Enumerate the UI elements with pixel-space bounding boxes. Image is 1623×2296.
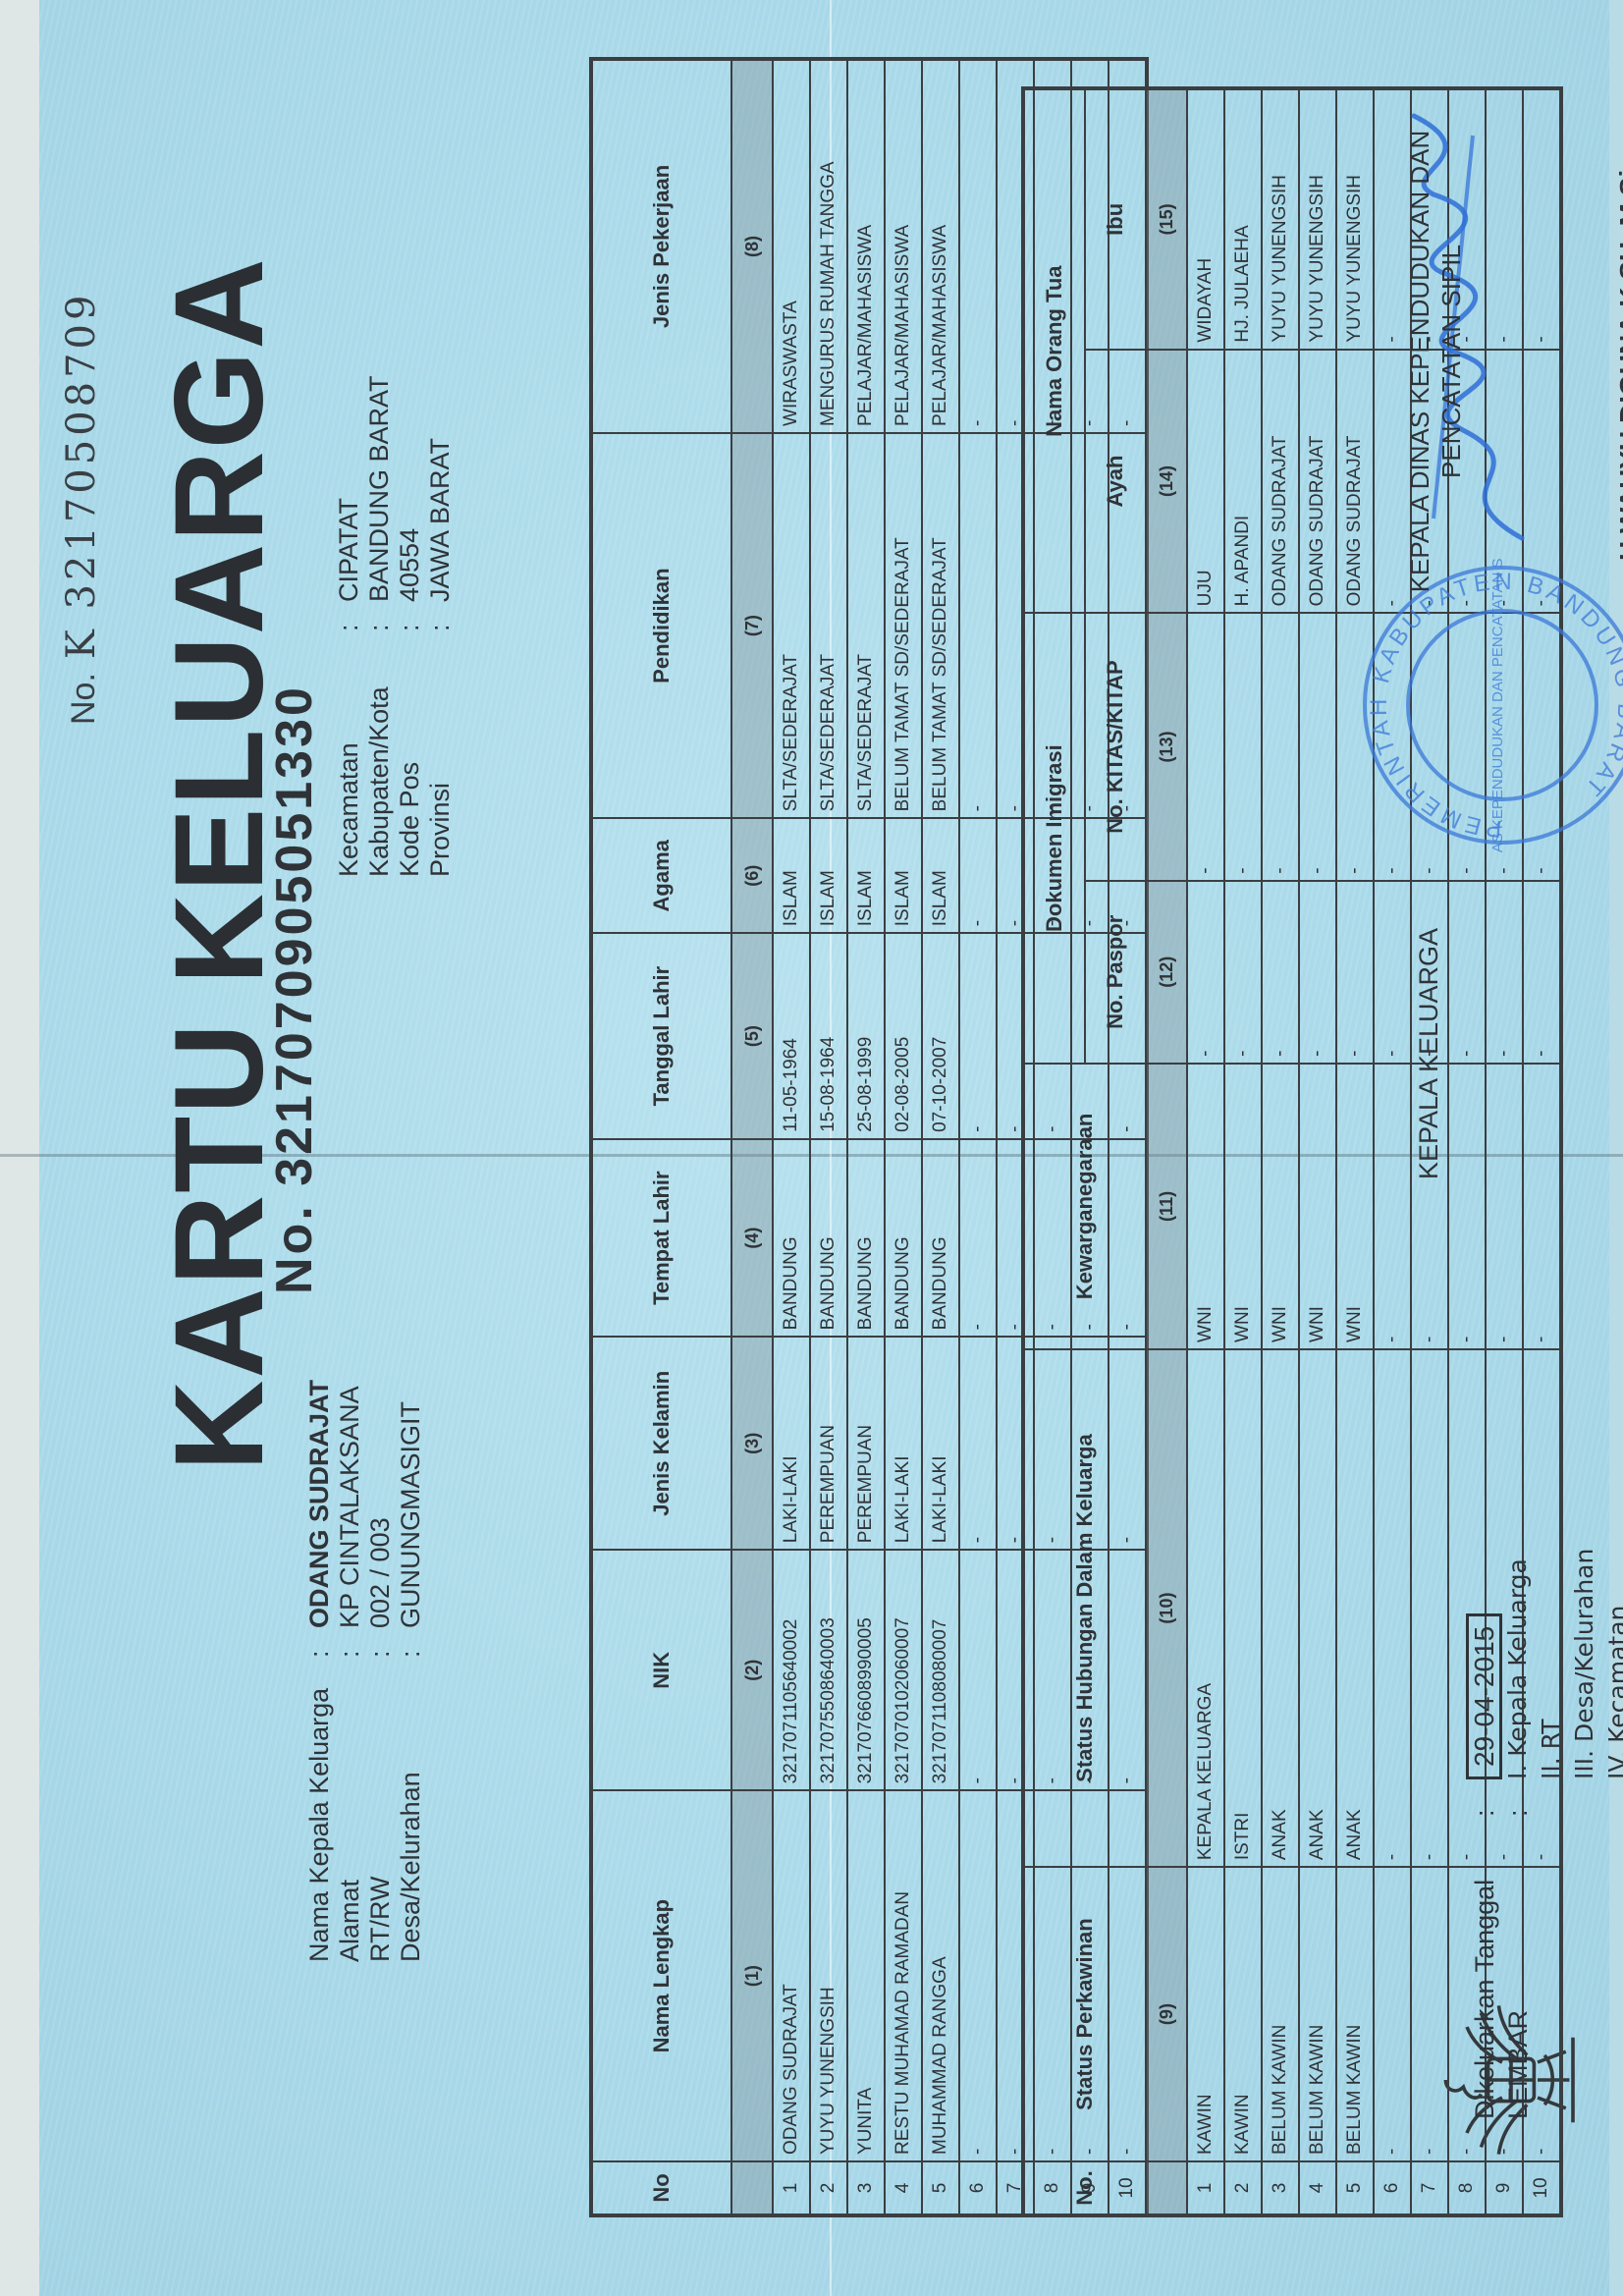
column-number	[731, 2161, 773, 2215]
member-row: 2YUYU YUNENGSIH3217075508640003PEREMPUAN…	[810, 59, 847, 2215]
cell: -	[1262, 613, 1299, 880]
info-row: Kode Pos:40554	[395, 375, 425, 877]
column-header: No	[591, 2161, 731, 2215]
info-row: Alamat:KP CINTALAKSANA	[335, 1380, 365, 1962]
cell: ODANG SUDRAJAT	[1299, 350, 1336, 614]
cell: 11-05-1964	[773, 933, 810, 1139]
info-label: Provinsi	[425, 631, 456, 877]
info-label: Nama Kepala Keluarga	[304, 1658, 335, 1962]
th-mother: Ibu	[1085, 88, 1146, 350]
row-number: 6	[1374, 2161, 1411, 2215]
column-header: Agama	[591, 818, 731, 933]
cell: BANDUNG	[885, 1139, 922, 1338]
column-number: (8)	[731, 59, 773, 433]
cell: ISLAM	[885, 818, 922, 933]
sheet-colon: :	[1501, 1779, 1623, 1817]
cell: -	[959, 1337, 997, 1550]
issued-label: Dikeluarkan Tanggal	[1468, 1817, 1501, 2119]
info-row: Nama Kepala Keluarga:ODANG SUDRAJAT	[304, 1380, 335, 1962]
cell: SLTA/SEDERAJAT	[847, 433, 885, 818]
cell: YUYU YUNENGSIH	[1336, 88, 1374, 350]
column-number	[1146, 2161, 1187, 2215]
cell: 02-08-2005	[885, 933, 922, 1139]
cell: 3217071105640002	[773, 1550, 810, 1790]
cell: -	[1187, 881, 1224, 1064]
cell: HJ. JULAEHA	[1224, 88, 1262, 350]
column-number: (14)	[1146, 350, 1187, 614]
cell: LAKI-LAKI	[773, 1337, 810, 1550]
status-row: 5BELUM KAWINANAKWNI--ODANG SUDRAJATYUYU …	[1336, 88, 1374, 2215]
column-header: Nama Lengkap	[591, 1790, 731, 2161]
cell: -	[1336, 881, 1374, 1064]
cell: ISLAM	[773, 818, 810, 933]
info-colon: :	[395, 602, 425, 631]
cell: BELUM TAMAT SD/SEDERAJAT	[885, 433, 922, 818]
cell: BELUM KAWIN	[1336, 1867, 1374, 2161]
cell: BANDUNG	[847, 1139, 885, 1338]
cell: -	[1374, 1064, 1411, 1349]
household-head-signature: KEPALA KELUARGA ODANG SUDRAJAT Tanda Tan…	[1414, 833, 1623, 1275]
official-name: H.WAHYU DIGUNA.K.SH.,M.Si.	[1614, 77, 1623, 646]
row-number: 4	[1299, 2161, 1336, 2215]
column-number: (6)	[731, 818, 773, 933]
cell: -	[1374, 1349, 1411, 1867]
info-row: RT/RW:002 / 003	[365, 1380, 396, 1962]
member-row: 6--------	[959, 59, 997, 2215]
cell: -	[1374, 881, 1411, 1064]
row-number: 2	[1224, 2161, 1262, 2215]
th-no: No.	[1023, 2161, 1146, 2215]
info-value: 40554	[395, 375, 425, 602]
row-number: 10	[1523, 2161, 1561, 2215]
status-row: 3BELUM KAWINANAKWNI--ODANG SUDRAJATYUYU …	[1262, 88, 1299, 2215]
serial-label: No.	[65, 673, 102, 725]
official-role-line2: PENCATATAN SIPIL	[1435, 77, 1467, 646]
status-row: 2KAWINISTRIWNI--H. APANDIHJ. JULAEHA	[1224, 88, 1262, 2215]
cell: -	[1411, 1349, 1448, 1867]
info-colon: :	[304, 1628, 335, 1658]
cell: -	[959, 933, 997, 1139]
column-header: NIK	[591, 1550, 731, 1790]
column-number: (3)	[731, 1337, 773, 1550]
cell: 3217075508640003	[810, 1550, 847, 1790]
issue-info: Dikeluarkan Tanggal : 29-04-2015 LEMBAR …	[1468, 1541, 1623, 2119]
status-row: 1KAWINKEPALA KELUARGAWNI--UJUWIDAYAH	[1187, 88, 1224, 2215]
cell: KEPALA KELUARGA	[1187, 1349, 1224, 1867]
cell: BELUM TAMAT SD/SEDERAJAT	[922, 433, 959, 818]
info-value: BANDUNG BARAT	[364, 375, 395, 602]
cell: WIRASWASTA	[773, 59, 810, 433]
cell: ANAK	[1262, 1349, 1299, 1867]
cell: 07-10-2007	[922, 933, 959, 1139]
cell: BANDUNG	[922, 1139, 959, 1338]
cell: -	[1411, 1867, 1448, 2161]
column-number: (10)	[1146, 1349, 1187, 1867]
info-value: JAWA BARAT	[425, 375, 456, 602]
cell: ODANG SUDRAJAT	[1262, 350, 1299, 614]
cell: -	[1224, 613, 1262, 880]
cell: PEREMPUAN	[847, 1337, 885, 1550]
cell: 25-08-1999	[847, 933, 885, 1139]
th-father: Ayah	[1085, 350, 1146, 614]
cell: KAWIN	[1224, 1867, 1262, 2161]
serial-value: K 32170508709	[59, 292, 104, 660]
info-value: ODANG SUDRAJAT	[304, 1380, 335, 1628]
cell: WNI	[1299, 1064, 1336, 1349]
info-colon: :	[365, 1628, 396, 1658]
cell: ODANG SUDRAJAT	[773, 1790, 810, 2161]
info-colon: :	[364, 602, 395, 631]
sheet-item: IV. Kecamatan	[1601, 1549, 1623, 1779]
member-row: 4RESTU MUHAMAD RAMADAN3217070102060007LA…	[885, 59, 922, 2215]
cell: WNI	[1336, 1064, 1374, 1349]
cell: -	[959, 433, 997, 818]
cell: BELUM KAWIN	[1262, 1867, 1299, 2161]
row-number: 8	[1448, 2161, 1486, 2215]
cell: ISLAM	[847, 818, 885, 933]
info-row: Kabupaten/Kota:BANDUNG BARAT	[364, 375, 395, 877]
row-number: 1	[773, 2161, 810, 2215]
cell: H. APANDI	[1224, 350, 1262, 614]
column-number: (2)	[731, 1550, 773, 1790]
cell: -	[1299, 613, 1336, 880]
serial-number: No.K 32170508709	[59, 292, 104, 725]
column-number: (12)	[1146, 881, 1187, 1064]
cell: BELUM KAWIN	[1299, 1867, 1336, 2161]
info-colon: :	[396, 1628, 426, 1658]
cell: WNI	[1262, 1064, 1299, 1349]
info-value: CIPATAT	[334, 375, 364, 602]
row-number: 5	[1336, 2161, 1374, 2215]
column-header: Pendidikan	[591, 433, 731, 818]
column-number: (7)	[731, 433, 773, 818]
cell: PELAJAR/MAHASISWA	[847, 59, 885, 433]
info-colon: :	[334, 602, 364, 631]
cell: 3217070102060007	[885, 1550, 922, 1790]
cell: 15-08-1964	[810, 933, 847, 1139]
sheet-item: I. Kepala Keluarga	[1501, 1549, 1535, 1779]
cell: WNI	[1224, 1064, 1262, 1349]
th-kitas: No. KITAS/KITAP	[1085, 613, 1146, 880]
th-immigration-docs: Dokumen Imigrasi	[1023, 613, 1085, 1064]
sheet-list: I. Kepala Keluarga II. RT III. Desa/Kelu…	[1501, 1541, 1623, 1779]
column-number: (13)	[1146, 613, 1187, 880]
cell: YUYU YUNENGSIH	[1299, 88, 1336, 350]
sheet-item: III. Desa/Kelurahan	[1568, 1549, 1601, 1779]
official-role-line1: KEPALA DINAS KEPENDUDUKAN DAN	[1404, 77, 1435, 646]
cell: -	[1374, 1867, 1411, 2161]
cell: PELAJAR/MAHASISWA	[922, 59, 959, 433]
column-number: (1)	[731, 1790, 773, 2161]
cell: UJU	[1187, 350, 1224, 614]
cell: -	[959, 1139, 997, 1338]
issued-date: 29-04-2015	[1466, 1613, 1502, 1779]
member-row: 1ODANG SUDRAJAT3217071105640002LAKI-LAKI…	[773, 59, 810, 2215]
cell: WNI	[1187, 1064, 1224, 1349]
cell: PELAJAR/MAHASISWA	[885, 59, 922, 433]
th-citizenship: Kewarganegaraan	[1023, 1064, 1146, 1349]
th-relationship: Status Hubungan Dalam Keluarga	[1023, 1349, 1146, 1867]
cell: -	[1262, 881, 1299, 1064]
info-label: Kabupaten/Kota	[364, 631, 395, 877]
cell: MENGURUS RUMAH TANGGA	[810, 59, 847, 433]
column-header: Tempat Lahir	[591, 1139, 731, 1338]
cell: -	[959, 818, 997, 933]
cell: PEREMPUAN	[810, 1337, 847, 1550]
cell: -	[1224, 881, 1262, 1064]
row-number: 4	[885, 2161, 922, 2215]
cell: YUYU YUNENGSIH	[810, 1790, 847, 2161]
cell: LAKI-LAKI	[922, 1337, 959, 1550]
info-label: Kecamatan	[334, 631, 364, 877]
cell: WIDAYAH	[1187, 88, 1224, 350]
household-info: Nama Kepala Keluarga:ODANG SUDRAJATAlama…	[304, 1380, 426, 1962]
sheet-item: II. RT	[1535, 1549, 1568, 1779]
cell: KAWIN	[1187, 1867, 1224, 2161]
info-row: Provinsi:JAWA BARAT	[425, 375, 456, 877]
cell: RESTU MUHAMAD RAMADAN	[885, 1790, 922, 2161]
cell: -	[959, 1550, 997, 1790]
cell: SLTA/SEDERAJAT	[810, 433, 847, 818]
cell: -	[959, 59, 997, 433]
info-row: Kecamatan:CIPATAT	[334, 375, 364, 877]
info-value: 002 / 003	[365, 1380, 396, 1628]
info-value: KP CINTALAKSANA	[335, 1380, 365, 1628]
column-header: Jenis Pekerjaan	[591, 59, 731, 433]
row-number: 3	[847, 2161, 885, 2215]
family-card-number: No. 3217070905051330	[265, 684, 324, 1294]
cell: MUHAMMAD RANGGA	[922, 1790, 959, 2161]
row-number: 5	[922, 2161, 959, 2215]
cell: 3217076608990005	[847, 1550, 885, 1790]
column-number: (5)	[731, 933, 773, 1139]
info-label: Desa/Kelurahan	[396, 1658, 426, 1962]
row-number: 6	[959, 2161, 997, 2215]
cell: SLTA/SEDERAJAT	[773, 433, 810, 818]
cell: BANDUNG	[773, 1139, 810, 1338]
cell: -	[1187, 613, 1224, 880]
status-row: 4BELUM KAWINANAKWNI--ODANG SUDRAJATYUYU …	[1299, 88, 1336, 2215]
info-value: GUNUNGMASIGIT	[396, 1380, 426, 1628]
member-row: 5MUHAMMAD RANGGA3217071108080007LAKI-LAK…	[922, 59, 959, 2215]
issued-colon: :	[1468, 1779, 1501, 1817]
scan-edge	[0, 0, 39, 2296]
row-number: 3	[1262, 2161, 1299, 2215]
cell: -	[1299, 881, 1336, 1064]
row-number: 1	[1187, 2161, 1224, 2215]
cell: LAKI-LAKI	[885, 1337, 922, 1550]
member-row: 3YUNITA3217076608990005PEREMPUANBANDUNG2…	[847, 59, 885, 2215]
th-marital-status: Status Perkawinan	[1023, 1867, 1146, 2161]
row-number: 7	[1411, 2161, 1448, 2215]
sheet-label: LEMBAR	[1501, 1817, 1623, 2119]
cell: ANAK	[1336, 1349, 1374, 1867]
cell: ANAK	[1299, 1349, 1336, 1867]
cell: 3217071108080007	[922, 1550, 959, 1790]
row-number: 9	[1486, 2161, 1523, 2215]
cell: BANDUNG	[810, 1139, 847, 1338]
column-header: Tanggal Lahir	[591, 933, 731, 1139]
info-label: Kode Pos	[395, 631, 425, 877]
th-parent-names: Nama Orang Tua	[1023, 88, 1085, 613]
cell: ISTRI	[1224, 1349, 1262, 1867]
head-role: KEPALA KELUARGA	[1414, 833, 1444, 1275]
info-colon: :	[425, 602, 456, 631]
column-number: (9)	[1146, 1867, 1187, 2161]
region-info: Kecamatan:CIPATATKabupaten/Kota:BANDUNG …	[334, 375, 456, 877]
info-label: Alamat	[335, 1658, 365, 1962]
info-row: Desa/Kelurahan:GUNUNGMASIGIT	[396, 1380, 426, 1962]
family-card-document: No.K 32170508709 KARTU KELUARGA No. 3217…	[0, 0, 1623, 2296]
info-label: RT/RW	[365, 1658, 396, 1962]
th-passport: No. Paspor	[1085, 881, 1146, 1064]
cell: ISLAM	[922, 818, 959, 933]
cell: ISLAM	[810, 818, 847, 933]
cell: YUYU YUNENGSIH	[1262, 88, 1299, 350]
row-number: 2	[810, 2161, 847, 2215]
cell: YUNITA	[847, 1790, 885, 2161]
info-colon: :	[335, 1628, 365, 1658]
column-number: (4)	[731, 1139, 773, 1338]
column-number: (15)	[1146, 88, 1187, 350]
cell: -	[959, 1790, 997, 2161]
column-header: Jenis Kelamin	[591, 1337, 731, 1550]
column-number: (11)	[1146, 1064, 1187, 1349]
official-signature: KEPALA DINAS KEPENDUDUKAN DAN PENCATATAN…	[1404, 77, 1623, 646]
